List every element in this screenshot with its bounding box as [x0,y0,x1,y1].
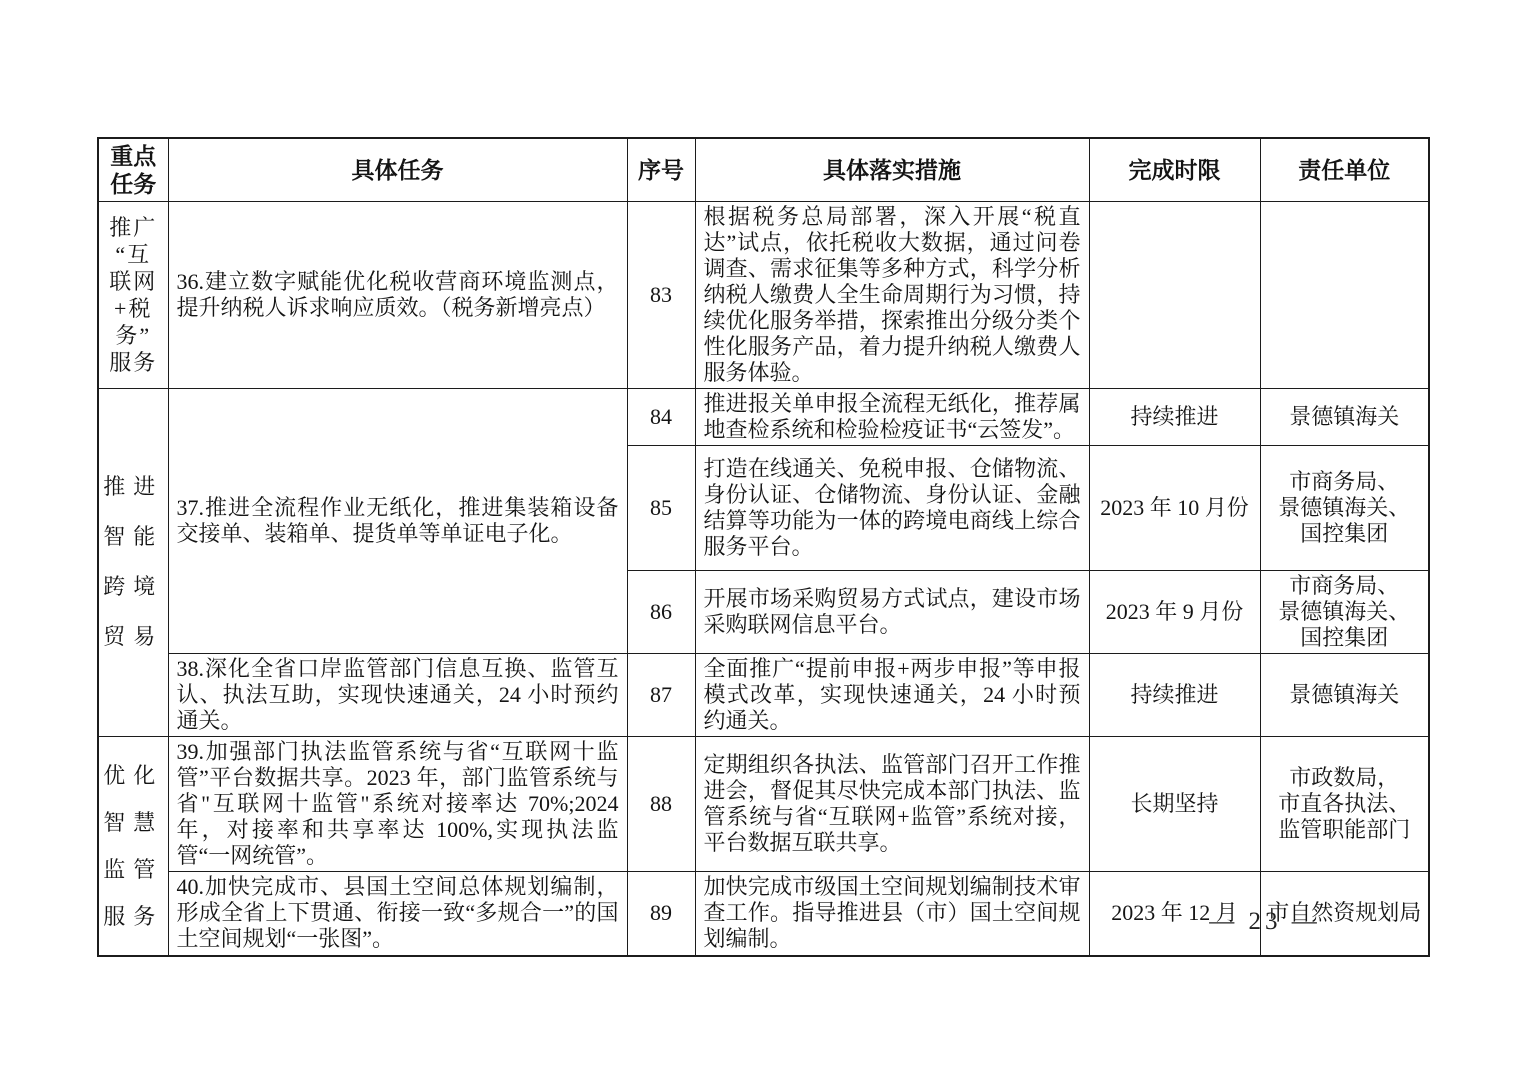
header-deadline: 完成时限 [1089,138,1260,201]
deadline-88: 长期坚持 [1089,736,1260,871]
task-38: 38.深化全省口岸监管部门信息互换、监管互认、执法互助，实现快速通关，24 小时… [168,653,627,736]
header-seq: 序号 [627,138,695,201]
measure-83: 根据税务总局部署，深入开展“税直达”试点，依托税收大数据，通过问卷调查、需求征集… [695,201,1089,388]
seq-84: 84 [627,388,695,445]
responsible-83 [1260,201,1429,388]
seq-88: 88 [627,736,695,871]
group-smart-cross-border-trade: 推进 智能 跨境 贸易 [98,388,168,736]
deadline-86: 2023 年 9 月份 [1089,570,1260,653]
seq-89: 89 [627,871,695,956]
header-measures: 具体落实措施 [695,138,1089,201]
table-row: 推进 智能 跨境 贸易 37.推进全流程作业无纸化，推进集装箱设备交接单、装箱单… [98,388,1429,445]
table-row: 优化 智慧 监管 服务 39.加强部门执法监管系统与省“互联网十监管”平台数据共… [98,736,1429,871]
task-37: 37.推进全流程作业无纸化，推进集装箱设备交接单、装箱单、提货单等单证电子化。 [168,388,627,653]
responsible-86: 市商务局、 景德镇海关、 国控集团 [1260,570,1429,653]
responsible-88: 市政数局， 市直各执法、 监管职能部门 [1260,736,1429,871]
measure-88: 定期组织各执法、监管部门召开工作推进会，督促其尽快完成本部门执法、监管系统与省“… [695,736,1089,871]
measure-85: 打造在线通关、免税申报、仓储物流、身份认证、仓储物流、身份认证、金融结算等功能为… [695,445,1089,570]
responsible-84: 景德镇海关 [1260,388,1429,445]
responsible-85: 市商务局、 景德镇海关、 国控集团 [1260,445,1429,570]
task-36: 36.建立数字赋能优化税收营商环境监测点，提升纳税人诉求响应质效。（税务新增亮点… [168,201,627,388]
header-responsible: 责任单位 [1260,138,1429,201]
measure-87: 全面推广“提前申报+两步申报”等申报模式改革，实现快速通关，24 小时预约通关。 [695,653,1089,736]
table-row: 38.深化全省口岸监管部门信息互换、监管互认、执法互助，实现快速通关，24 小时… [98,653,1429,736]
seq-87: 87 [627,653,695,736]
seq-86: 86 [627,570,695,653]
header-specific-task: 具体任务 [168,138,627,201]
seq-83: 83 [627,201,695,388]
table-header-row: 重点 任务 具体任务 序号 具体落实措施 完成时限 责任单位 [98,138,1429,201]
document-page: { "page": { "number_label": "— 23 —" }, … [0,0,1520,1074]
tasks-table: 重点 任务 具体任务 序号 具体落实措施 完成时限 责任单位 推广 “互 联网 … [97,137,1430,957]
measure-86: 开展市场采购贸易方式试点，建设市场采购联网信息平台。 [695,570,1089,653]
group-smart-regulation-service: 优化 智慧 监管 服务 [98,736,168,956]
page-number: — 23 — [1175,908,1355,936]
measure-89: 加快完成市级国土空间规划编制技术审查工作。指导推进县（市）国土空间规划编制。 [695,871,1089,956]
deadline-84: 持续推进 [1089,388,1260,445]
deadline-83 [1089,201,1260,388]
responsible-87: 景德镇海关 [1260,653,1429,736]
measure-84: 推进报关单申报全流程无纸化，推荐属地查检系统和检验检疫证书“云签发”。 [695,388,1089,445]
deadline-87: 持续推进 [1089,653,1260,736]
header-key-task: 重点 任务 [98,138,168,201]
seq-85: 85 [627,445,695,570]
task-40: 40.加快完成市、县国土空间总体规划编制，形成全省上下贯通、衔接一致“多规合一”… [168,871,627,956]
group-internet-tax-service: 推广 “互 联网 +税 务” 服务 [98,201,168,388]
task-39: 39.加强部门执法监管系统与省“互联网十监管”平台数据共享。2023 年，部门监… [168,736,627,871]
deadline-85: 2023 年 10 月份 [1089,445,1260,570]
table-row: 推广 “互 联网 +税 务” 服务 36.建立数字赋能优化税收营商环境监测点，提… [98,201,1429,388]
